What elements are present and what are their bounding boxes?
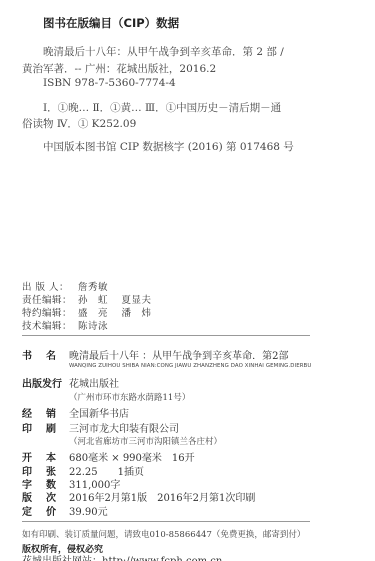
label-char: 印: [22, 420, 32, 435]
label-char: 书: [22, 347, 32, 362]
title-label: 书名: [22, 347, 56, 362]
printer-value: 三河市龙大印装有限公司: [69, 420, 179, 435]
staff-label: 出 版 人：: [22, 279, 78, 293]
printer-address: （河北省廊坊市三河市沟阳镇兰各庄村）: [69, 435, 222, 447]
publisher-website: 花城出版社网站：http://www.fcph.com.cn: [22, 552, 222, 561]
divider-bottom: [22, 521, 310, 522]
label-char: 本: [46, 449, 56, 464]
distributor-value: 全国新华书店: [69, 405, 129, 420]
staff-label: 特约编辑：: [22, 305, 78, 319]
price-value: 39.90元: [69, 503, 108, 518]
quality-note: 如有印刷、装订质量问题，请致电010-85866447（免费更换，邮寄到付）: [22, 528, 305, 540]
cip-classification-line1: Ⅰ．①晚… Ⅱ．①黄… Ⅲ．①中国历史－清后期－通: [43, 100, 281, 115]
publisher-address: （广州市环市东路水荫路11号）: [69, 391, 190, 403]
edition-label: 版次: [22, 489, 56, 504]
label-char: 名: [46, 347, 56, 362]
label-char: 次: [46, 489, 56, 504]
printer-label: 印刷: [22, 420, 56, 435]
staff-special-editor: 特约编辑：盛 亮 潘 炜: [22, 305, 152, 319]
publisher-label: 出版发行: [22, 375, 62, 390]
staff-label: 责任编辑：: [22, 292, 78, 306]
cip-heading: 图书在版编目（CIP）数据: [43, 15, 179, 31]
title-pinyin: WANQING ZUIHOU SHIBA NIAN:CONG JIAWU ZHA…: [69, 363, 311, 369]
label-char: 刷: [46, 420, 56, 435]
cip-isbn: ISBN 978-7-5360-7774-4: [43, 77, 176, 89]
cip-data-number: 中国版本图书馆 CIP 数据核字 (2016) 第 017468 号: [43, 139, 294, 154]
label-char: 经: [22, 405, 32, 420]
publisher-value: 花城出版社: [69, 375, 119, 390]
staff-value: 陈诗泳: [78, 321, 108, 332]
price-label: 定价: [22, 503, 56, 518]
label-char: 定: [22, 503, 32, 518]
label-char: 版: [22, 489, 32, 504]
cip-title-line: 晚清最后十八年：从甲午战争到辛亥革命．第 2 部 /: [43, 44, 284, 59]
label-char: 开: [22, 449, 32, 464]
distributor-label: 经销: [22, 405, 56, 420]
cip-author-line: 黄治军著．-- 广州：花城出版社，2016.2: [22, 61, 216, 76]
staff-responsible-editor: 责任编辑：孙 虹 夏显夫: [22, 292, 152, 306]
cip-classification-line2: 俗读物 Ⅳ．① K252.09: [22, 116, 136, 131]
format-label: 开本: [22, 449, 56, 464]
title-value: 晚清最后十八年 ：从甲午战争到辛亥革命．第2部: [69, 347, 289, 362]
label-char: 价: [46, 503, 56, 518]
staff-label: 技术编辑：: [22, 318, 78, 332]
edition-value: 2016年2月第1版 2016年2月第1次印刷: [69, 489, 255, 504]
staff-publisher: 出 版 人：詹秀敏: [22, 279, 108, 293]
staff-technical-editor: 技术编辑：陈诗泳: [22, 318, 108, 332]
label-char: 销: [46, 405, 56, 420]
format-value: 680毫米 × 990毫米 16开: [69, 449, 195, 464]
divider-top: [22, 335, 310, 336]
